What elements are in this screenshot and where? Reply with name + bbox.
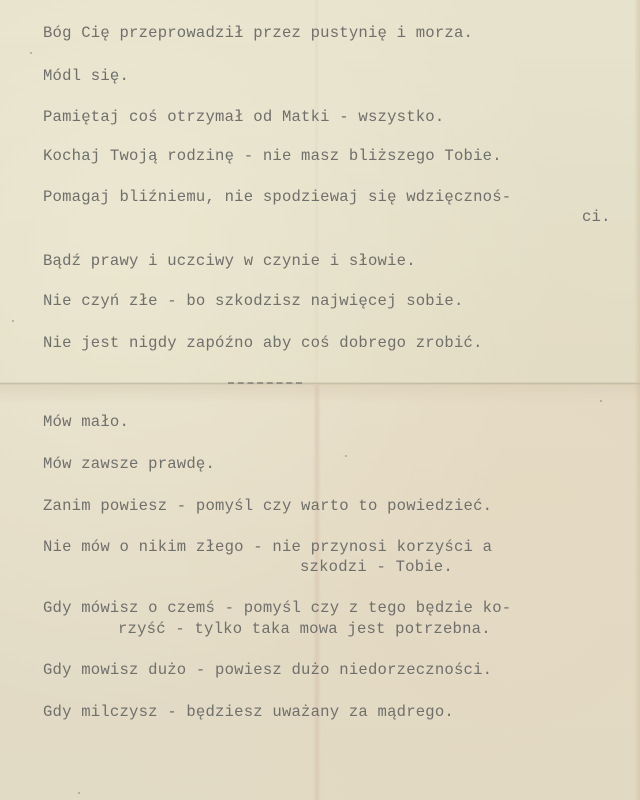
text-line: Zanim powiesz - pomyśl czy warto to powi… bbox=[43, 497, 492, 515]
text-line: Mów zawsze prawdę. bbox=[43, 455, 215, 473]
paper-speck bbox=[78, 792, 80, 794]
text-line: Kochaj Twoją rodzinę - nie masz bliższeg… bbox=[43, 147, 502, 165]
paper-speck bbox=[600, 400, 602, 402]
paper-speck bbox=[12, 320, 14, 322]
paper-right-edge bbox=[634, 0, 640, 800]
text-line: Gdy mowisz dużo - powiesz dużo niedorzec… bbox=[43, 661, 492, 679]
section-separator bbox=[228, 382, 302, 386]
vertical-fold-lower bbox=[313, 385, 321, 800]
text-line-continuation: rzyść - tylko taka mowa jest potrzebna. bbox=[118, 620, 491, 638]
text-line: Nie jest nigdy zapóźno aby coś dobrego z… bbox=[43, 334, 483, 352]
text-line: Bóg Cię przeprowadził przez pustynię i m… bbox=[43, 24, 473, 42]
text-line: Módl się. bbox=[43, 67, 129, 85]
text-line: Pamiętaj coś otrzymał od Matki - wszystk… bbox=[43, 108, 444, 126]
text-line: Gdy mówisz o czemś - pomyśl czy z tego b… bbox=[43, 599, 511, 617]
text-line: Pomagaj bliźniemu, nie spodziewaj się wd… bbox=[43, 188, 511, 206]
text-line: Nie mów o nikim złego - nie przynosi kor… bbox=[43, 538, 492, 556]
text-line-continuation: ci. bbox=[582, 208, 611, 226]
paper-speck bbox=[30, 52, 32, 54]
text-line: Nie czyń złe - bo szkodzisz najwięcej so… bbox=[43, 292, 464, 310]
text-line: Gdy milczysz - będziesz uważany za mądre… bbox=[43, 703, 454, 721]
text-line: Mów mało. bbox=[43, 413, 129, 431]
text-line: Bądź prawy i uczciwy w czynie i słowie. bbox=[43, 252, 416, 270]
paper-speck bbox=[345, 455, 347, 457]
text-line-continuation: szkodzi - Tobie. bbox=[300, 558, 453, 576]
